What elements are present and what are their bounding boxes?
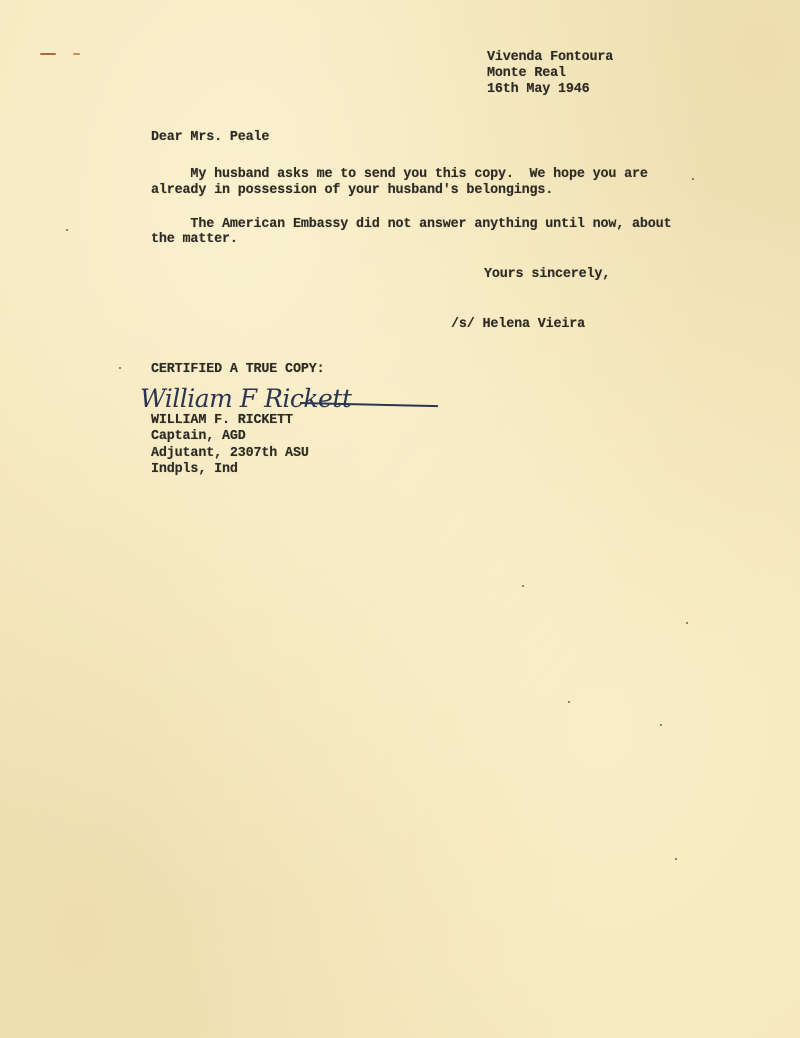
certifier-location: Indpls, Ind: [151, 462, 238, 478]
certifier-position: Adjutant, 2307th ASU: [151, 446, 309, 462]
sender-address-line1: Vivenda Fontoura: [487, 50, 613, 66]
letter-page: Vivenda Fontoura Monte Real 16th May 194…: [0, 0, 800, 1038]
certifier-rank: Captain, AGD: [151, 429, 246, 445]
paper-speck: [119, 367, 121, 369]
closing: Yours sincerely,: [484, 267, 610, 283]
paper-speck: [686, 622, 688, 624]
paper-speck: [660, 724, 662, 726]
paragraph-1-line-2: already in possession of your husband's …: [151, 183, 553, 199]
certification-heading: CERTIFIED A TRUE COPY:: [151, 362, 325, 378]
paper-stain-mark: [73, 53, 80, 55]
certifier-name: WILLIAM F. RICKETT: [151, 413, 293, 429]
paragraph-2-line-1: The American Embassy did not answer anyt…: [151, 217, 671, 233]
typed-signature: /s/ Helena Vieira: [451, 317, 585, 333]
sender-address-line2: Monte Real: [487, 66, 566, 82]
paragraph-1-line-1: My husband asks me to send you this copy…: [151, 167, 648, 183]
paragraph-2-line-2: the matter.: [151, 232, 238, 248]
paper-speck: [568, 701, 570, 703]
paper-speck: [66, 229, 68, 231]
salutation: Dear Mrs. Peale: [151, 130, 269, 146]
paper-stain-mark: [40, 53, 56, 55]
paper-speck: [522, 585, 524, 587]
paper-speck: [692, 178, 694, 180]
paper-speck: [675, 858, 677, 860]
letter-date: 16th May 1946: [487, 82, 590, 98]
